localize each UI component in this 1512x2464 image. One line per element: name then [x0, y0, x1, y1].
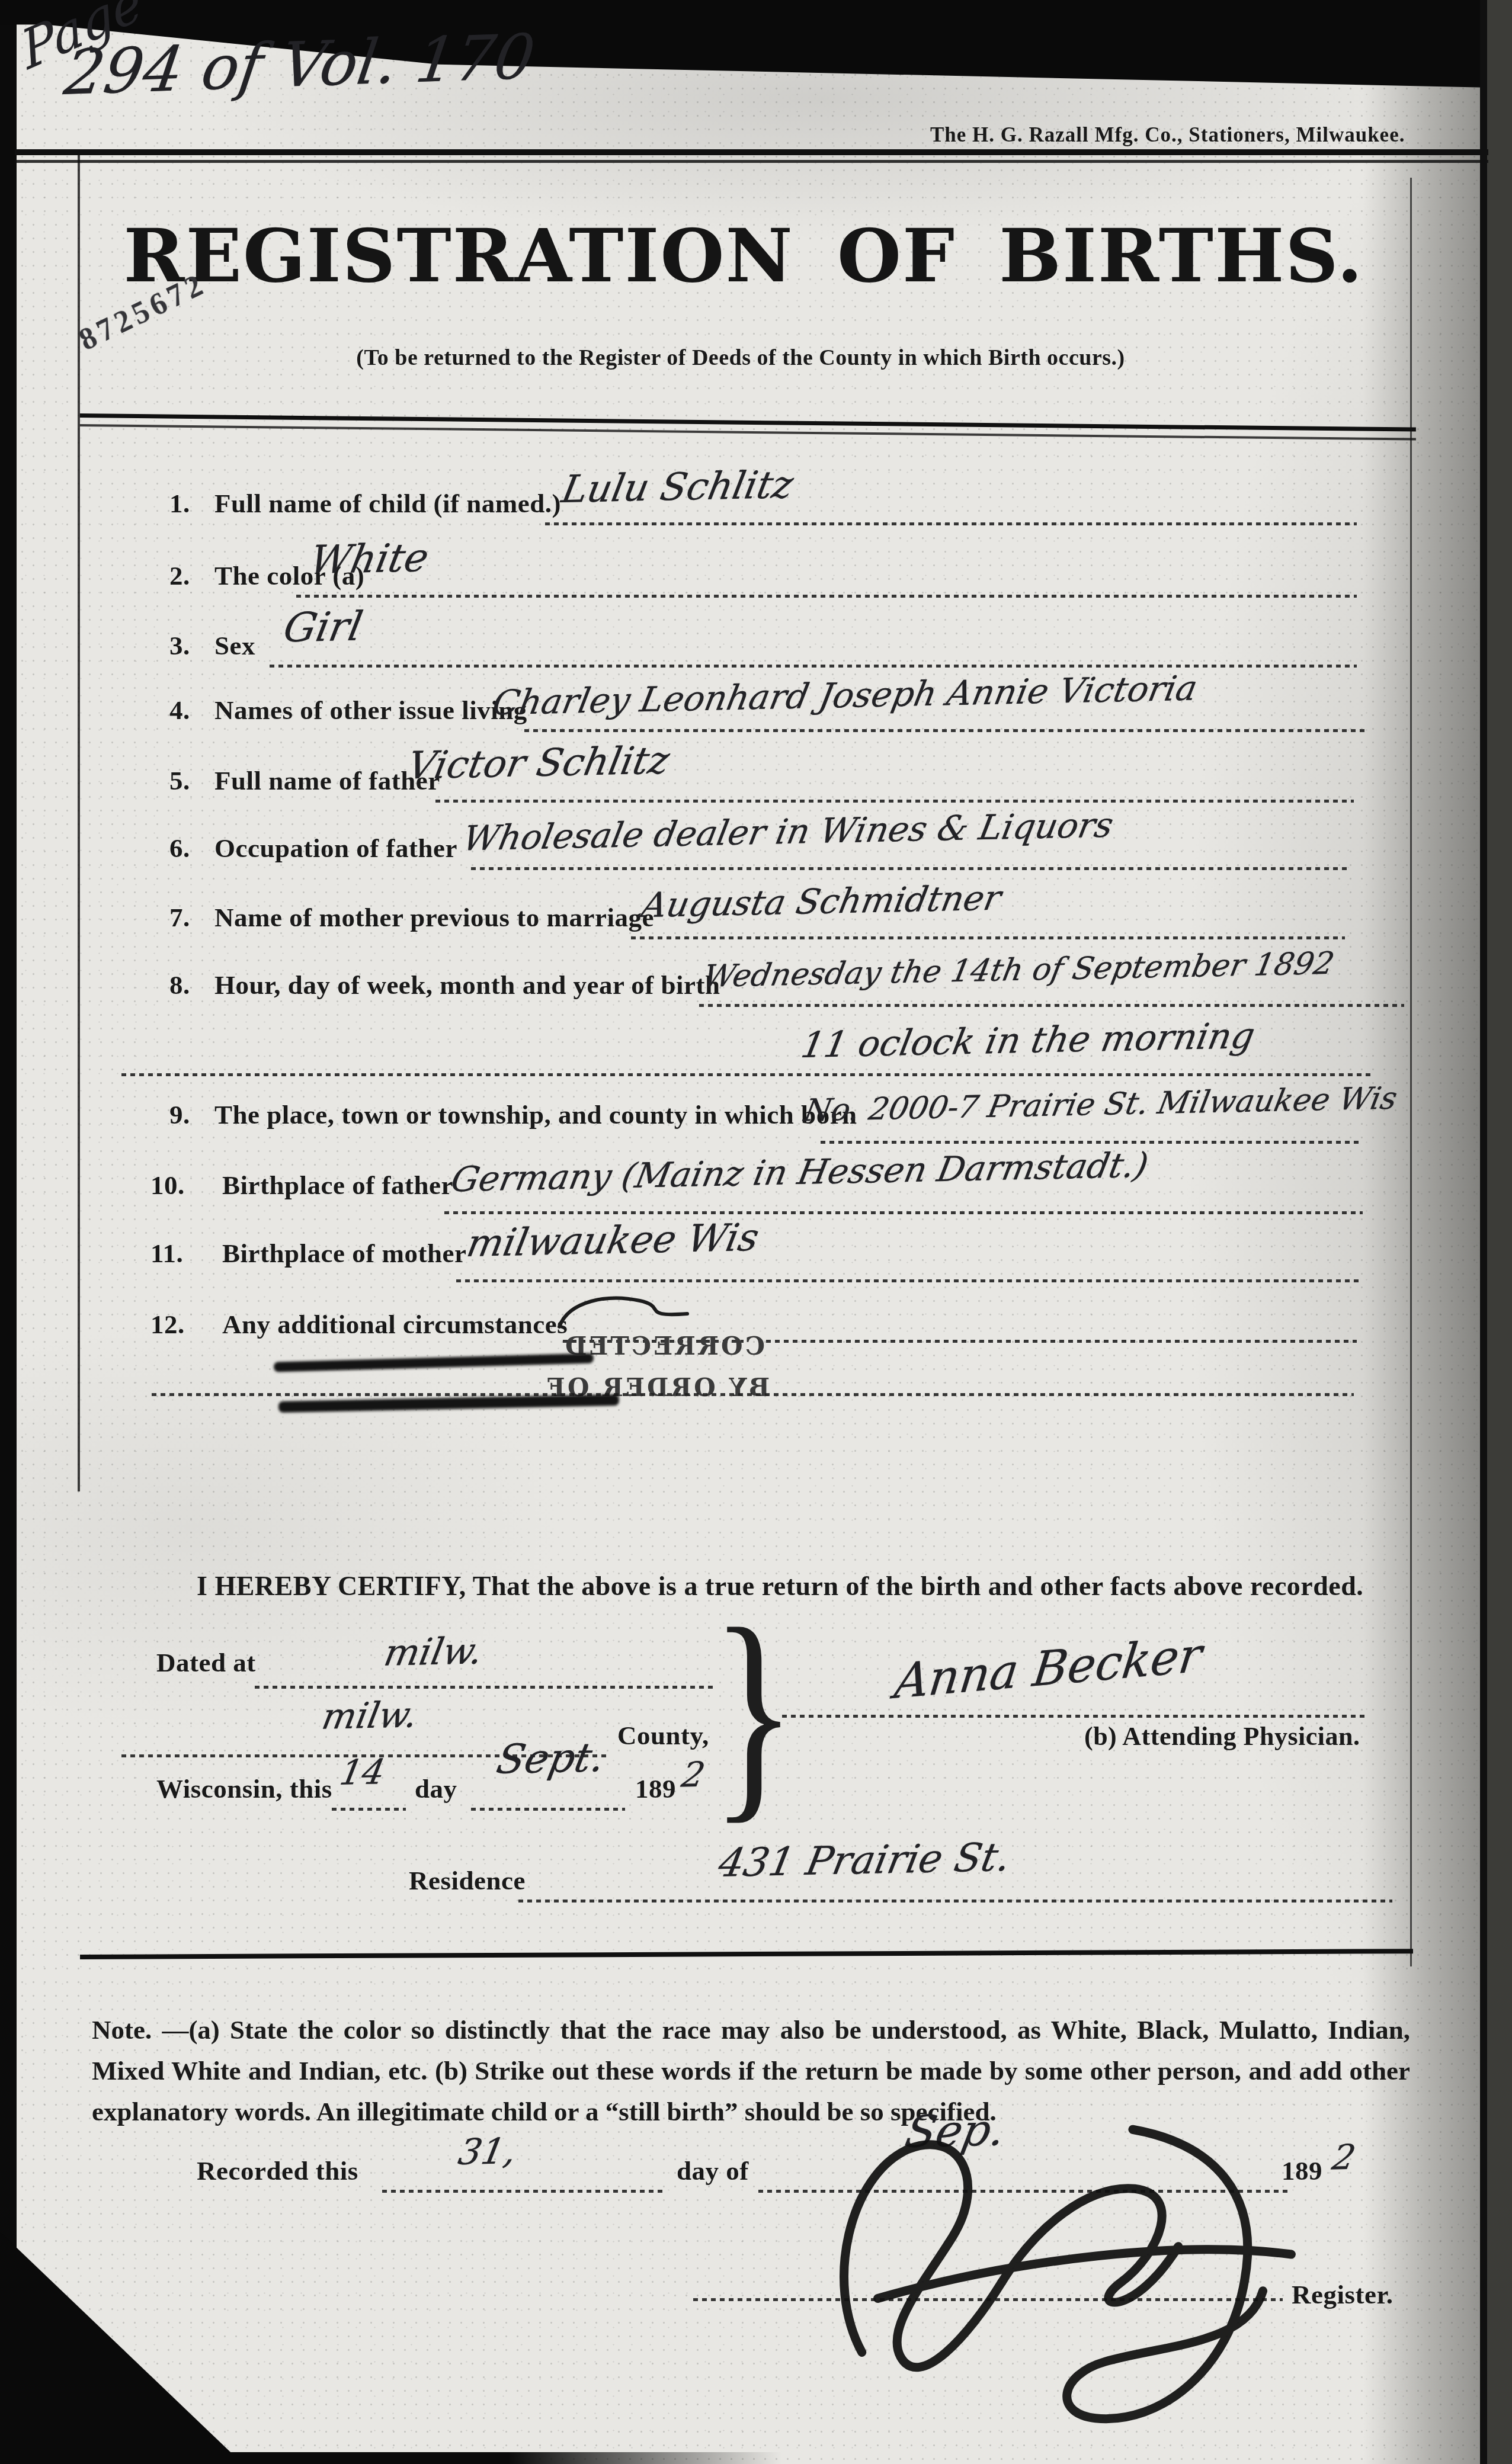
fill-line	[121, 1073, 1375, 1076]
residence-value: 431 Prairie St.	[715, 1834, 1015, 1886]
fill-line	[518, 1900, 1392, 1902]
field-number: 12.	[150, 1309, 185, 1340]
field-number: 11.	[150, 1238, 183, 1269]
birth-registration-scan: Page 294 of Vol. 170 The H. G. Razall Mf…	[0, 0, 1512, 2464]
year-printed: 189	[635, 1773, 676, 1804]
recorded-day-value: 31,	[455, 2131, 520, 2173]
attending-physician-label: (b) Attending Physician.	[1084, 1721, 1360, 1751]
day-label: day	[415, 1773, 457, 1804]
fill-line	[782, 1715, 1369, 1718]
field-label-sex: Sex	[214, 630, 255, 661]
mother-name-value: Augusta Schmidtner	[638, 878, 1004, 926]
field-label-mother-name: Name of mother previous to marriage	[214, 902, 654, 933]
fill-line	[766, 1340, 1357, 1343]
field-number: 5.	[169, 765, 190, 796]
field-label-additional: Any additional circumstances	[222, 1309, 568, 1340]
fill-line	[821, 1141, 1363, 1144]
dated-at-label: Dated at	[156, 1647, 256, 1678]
form-subtitle: (To be returned to the Register of Deeds…	[308, 345, 1173, 371]
fill-line	[152, 1393, 1354, 1396]
form-left-rule	[78, 153, 80, 1491]
month-value: Sept.	[493, 1734, 608, 1783]
day-value: 14	[337, 1751, 388, 1793]
field-label-father-birthplace: Birthplace of father	[222, 1170, 453, 1201]
father-name-value: Victor Schlitz	[404, 739, 673, 788]
dated-at-value: milw.	[381, 1629, 487, 1674]
recorded-this-label: Recorded this	[197, 2155, 358, 2186]
field-label-other-issue: Names of other issue living	[214, 695, 527, 726]
fill-line	[545, 522, 1357, 525]
residence-label: Residence	[409, 1865, 526, 1896]
form-right-rule	[1410, 178, 1412, 1966]
fill-line	[296, 595, 1357, 598]
wisconsin-this-label: Wisconsin, this	[156, 1773, 332, 1804]
field-label-mother-birthplace: Birthplace of mother	[222, 1238, 466, 1269]
pen-squiggle	[551, 1290, 693, 1337]
field-number: 8.	[169, 970, 190, 1000]
county-label: County,	[617, 1720, 709, 1751]
fill-line	[471, 1808, 625, 1811]
fill-line	[471, 867, 1351, 870]
field-label-father-occupation: Occupation of father	[214, 833, 457, 864]
field-label-child-name: Full name of child (if named.)	[214, 488, 561, 519]
scan-right-edge	[1480, 0, 1512, 2464]
field-label-birth-datetime: Hour, day of week, month and year of bir…	[214, 970, 720, 1000]
color-value: White	[306, 535, 433, 583]
field-number: 10.	[150, 1170, 185, 1201]
fill-line	[456, 1279, 1363, 1282]
fill-line	[255, 1686, 717, 1689]
field-number: 9.	[169, 1099, 190, 1130]
top-rule-thick	[15, 149, 1488, 155]
fill-line	[435, 800, 1354, 803]
printer-mark: The H. G. Razall Mfg. Co., Stationers, M…	[930, 123, 1405, 147]
field-number: 2.	[169, 560, 190, 591]
field-number: 6.	[169, 833, 190, 864]
sex-value: Girl	[280, 604, 366, 652]
field-label-birthplace: The place, town or township, and county …	[214, 1099, 857, 1130]
register-signature	[764, 2087, 1345, 2450]
fill-line	[270, 665, 1357, 668]
top-rule-thin	[15, 160, 1488, 163]
fill-line	[524, 729, 1369, 732]
field-number: 4.	[169, 695, 190, 726]
fill-line	[332, 1808, 406, 1811]
field-number: 3.	[169, 630, 190, 661]
field-number: 7.	[169, 902, 190, 933]
fill-line	[382, 2190, 664, 2193]
county-value: milw.	[319, 1694, 421, 1737]
fill-line	[444, 1211, 1363, 1214]
scan-bottom-edge	[0, 2452, 782, 2464]
form-title: REGISTRATION OF BIRTHS.	[101, 213, 1386, 299]
field-number: 1.	[169, 488, 190, 519]
fill-line	[699, 1004, 1404, 1007]
child-name-value: Lulu Schlitz	[558, 463, 797, 512]
mother-birthplace-value: milwaukee Wis	[463, 1216, 763, 1266]
fill-line	[631, 936, 1345, 939]
day-of-label: day of	[677, 2155, 749, 2186]
certification-brace: }	[711, 1593, 796, 1830]
